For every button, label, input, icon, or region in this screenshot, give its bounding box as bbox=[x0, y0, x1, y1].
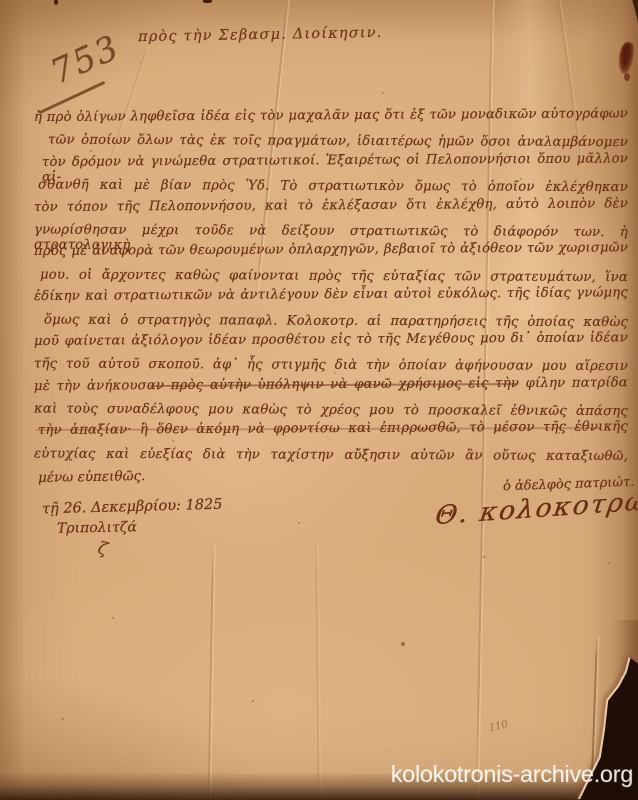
crease-line bbox=[315, 540, 320, 800]
body-line: ἐδίκην καὶ στρατιωτικῶν νὰ ἀντιλέγουν δὲ… bbox=[34, 285, 628, 311]
watermark-text: kolokotronis-archive.org bbox=[391, 761, 633, 788]
body-line: μὲ τὴν ἀνήκουσαν πρὸς αὐτὴν ὑπόληψιν νὰ … bbox=[34, 375, 628, 401]
paper-speck bbox=[203, 0, 212, 3]
body-line: ἡ πρὸ ὀλίγων ληφθεῖσα ἰδέα εἰς τὸν μαχαλ… bbox=[34, 106, 628, 132]
body-line: πρὸς μὲ ἀναφορὰ τῶν θεωρουμένων ὁπλαρχηγ… bbox=[34, 241, 628, 267]
place-line: Τριπολιτζά bbox=[57, 519, 137, 536]
manuscript-photo: 753 πρὸς τὴν Σεβασμ. Διοίκησιν. ἡ πρὸ ὀλ… bbox=[0, 0, 638, 800]
closing-line: μένω εὐπειθῶς. bbox=[38, 468, 146, 486]
body-line: μοῦ φαίνεται ἀξιόλογον ἰδέαν προσθέτου ε… bbox=[34, 330, 628, 356]
ink-stain bbox=[617, 41, 635, 75]
body-line: τὴν ἀπαξίαν· ἢ ὅθεν ἀκόμη νὰ φροντίσω κα… bbox=[34, 420, 628, 446]
ink-stain bbox=[624, 73, 630, 81]
paper-specks bbox=[0, 0, 2, 2]
paper-speck bbox=[54, 0, 58, 5]
body-line: τὸν δρόμον νὰ γινώμεθα στρατιωτικοί. Ἐξα… bbox=[34, 151, 628, 177]
letter-body: ἡ πρὸ ὀλίγων ληφθεῖσα ἰδέα εἰς τὸν μαχαλ… bbox=[34, 110, 628, 468]
crease-line bbox=[207, 545, 214, 800]
body-line: τὸν τόπον τῆς Πελοποννήσου, καὶ τὸ ἐκλέξ… bbox=[34, 196, 628, 222]
